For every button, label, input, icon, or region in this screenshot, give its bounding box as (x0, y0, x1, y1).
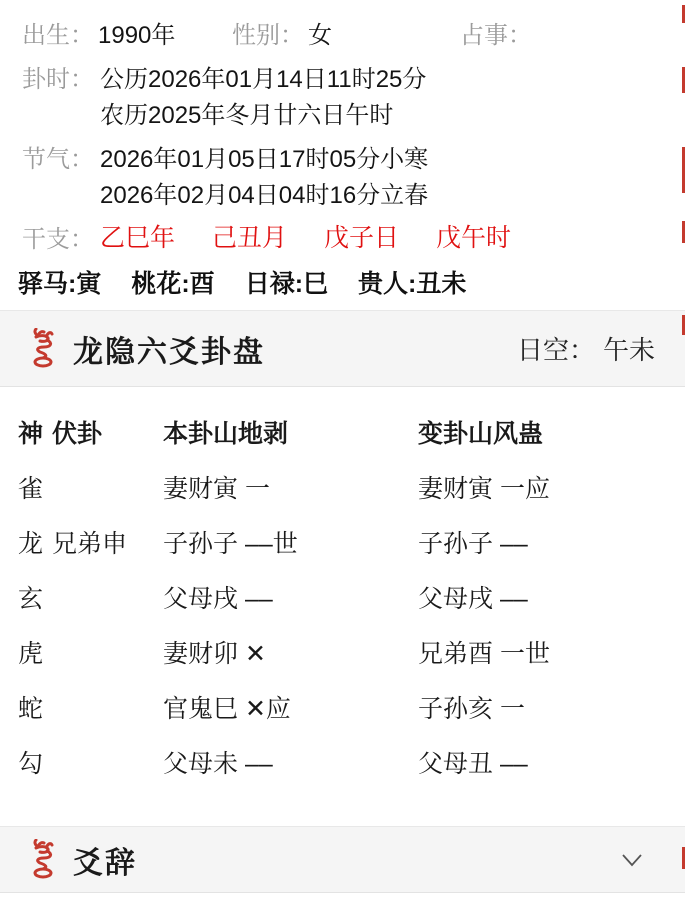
ganzhi-label: 干支： (22, 219, 100, 254)
taohua-item: 桃花:酉 (131, 264, 214, 300)
ganzhi-month: 己丑月 (212, 218, 287, 254)
original-cell: 父母戌 –– (163, 579, 418, 615)
panel-header: 龙隐六爻卦盘 日空：午未 (0, 310, 685, 387)
god-cell: 蛇 (18, 689, 52, 725)
birth-gender-topic-row: 出生： 1990年 性别： 女 占事： (22, 14, 685, 50)
rilu-label: 日禄: (245, 264, 303, 300)
rikong: 日空：午未 (517, 330, 655, 367)
yima-item: 驿马:寅 (18, 264, 101, 300)
page: 出生： 1990年 性别： 女 占事： 卦时： 公历2026年01月14日11时… (0, 0, 685, 899)
yaoci-section-header[interactable]: 爻辞 (0, 826, 685, 893)
birth-label: 出生： (22, 15, 94, 50)
table-row: 雀 妻财寅 一 妻财寅 一应 (18, 459, 685, 514)
col-header-changed: 变卦山风蛊 (418, 414, 685, 450)
ganzhi-values: 乙巳年 己丑月 戊子日 戊午时 (100, 218, 511, 254)
topic-field[interactable]: 占事： (460, 15, 536, 50)
yima-value: 寅 (76, 264, 101, 300)
guiren-value: 丑未 (416, 264, 466, 300)
gua-time-solar: 公历2026年01月14日11时25分 (100, 62, 426, 98)
god-cell: 雀 (18, 469, 52, 505)
table-row: 勾 父母未 –– 父母丑 –– (18, 734, 685, 789)
birth-value[interactable]: 1990年 (98, 15, 175, 50)
changed-cell: 兄弟酉 一世 (418, 634, 685, 670)
gender-label: 性别： (232, 15, 304, 50)
changed-cell: 子孙亥 一 (418, 689, 685, 725)
table-row: 虎 妻财卯 ✕ 兄弟酉 一世 (18, 624, 685, 679)
table-row: 蛇 官鬼巳 ✕应 子孙亥 一 (18, 679, 685, 734)
solar-terms-label: 节气： (22, 142, 100, 214)
panel-title: 龙隐六爻卦盘 (73, 327, 265, 371)
changed-cell: 父母戌 –– (418, 579, 685, 615)
chevron-down-icon[interactable] (621, 853, 643, 867)
rikong-label: 日空： (517, 335, 595, 365)
shensha-row: 驿马:寅 桃花:酉 日禄:巳 贵人:丑未 (18, 264, 685, 300)
col-header-original: 本卦山地剥 (163, 414, 418, 450)
original-cell: 子孙子 ––世 (163, 524, 418, 560)
rilu-item: 日禄:巳 (245, 264, 328, 300)
ganzhi-row: 干支： 乙巳年 己丑月 戊子日 戊午时 (22, 218, 685, 254)
ganzhi-hour: 戊午时 (436, 218, 511, 254)
original-cell: 妻财卯 ✕ (163, 634, 418, 670)
table-row: 玄 父母戌 –– 父母戌 –– (18, 569, 685, 624)
info-section: 出生： 1990年 性别： 女 占事： 卦时： 公历2026年01月14日11时… (0, 0, 685, 300)
yima-label: 驿马: (18, 264, 76, 300)
original-cell: 妻财寅 一 (163, 469, 418, 505)
rilu-value: 巳 (303, 264, 328, 300)
guiren-label: 贵人: (358, 264, 416, 300)
col-header-god: 神 (18, 414, 52, 450)
dragon-icon (30, 839, 57, 880)
rikong-value: 午未 (603, 335, 655, 365)
hexagram-table: 神 伏卦 本卦山地剥 变卦山风蛊 雀 妻财寅 一 妻财寅 一应 龙 兄弟申 子孙… (0, 387, 685, 789)
hidden-cell: 兄弟申 (52, 524, 163, 560)
taohua-value: 酉 (190, 264, 215, 300)
gua-time-lunar: 农历2025年冬月廿六日午时 (100, 98, 426, 134)
solar-terms-row: 节气： 2026年01月05日17时05分小寒 2026年02月04日04时16… (22, 142, 685, 214)
solar-term-2: 2026年02月04日04时16分立春 (100, 178, 428, 214)
changed-cell: 子孙子 –– (418, 524, 685, 560)
solar-terms-values: 2026年01月05日17时05分小寒 2026年02月04日04时16分立春 (100, 142, 428, 214)
gender-field[interactable]: 性别： 女 (232, 15, 460, 50)
dragon-icon (30, 328, 57, 369)
table-row: 龙 兄弟申 子孙子 ––世 子孙子 –– (18, 514, 685, 569)
birth-field[interactable]: 出生： 1990年 (22, 15, 232, 50)
gender-value[interactable]: 女 (308, 15, 332, 50)
god-cell: 虎 (18, 634, 52, 670)
god-cell: 玄 (18, 579, 52, 615)
gua-time-row: 卦时： 公历2026年01月14日11时25分 农历2025年冬月廿六日午时 (22, 62, 685, 134)
gua-time-values: 公历2026年01月14日11时25分 农历2025年冬月廿六日午时 (100, 62, 426, 134)
topic-label: 占事： (460, 15, 532, 50)
original-cell: 官鬼巳 ✕应 (163, 689, 418, 725)
god-cell: 龙 (18, 524, 52, 560)
ganzhi-day: 戊子日 (324, 218, 399, 254)
solar-term-1: 2026年01月05日17时05分小寒 (100, 142, 428, 178)
yaoci-title: 爻辞 (73, 838, 137, 882)
changed-cell: 妻财寅 一应 (418, 469, 685, 505)
ganzhi-year: 乙巳年 (100, 218, 175, 254)
col-header-hidden: 伏卦 (52, 414, 163, 450)
god-cell: 勾 (18, 744, 52, 780)
original-cell: 父母未 –– (163, 744, 418, 780)
gua-time-label: 卦时： (22, 62, 100, 134)
changed-cell: 父母丑 –– (418, 744, 685, 780)
taohua-label: 桃花: (131, 264, 189, 300)
table-header-row: 神 伏卦 本卦山地剥 变卦山风蛊 (18, 404, 685, 459)
guiren-item: 贵人:丑未 (358, 264, 466, 300)
